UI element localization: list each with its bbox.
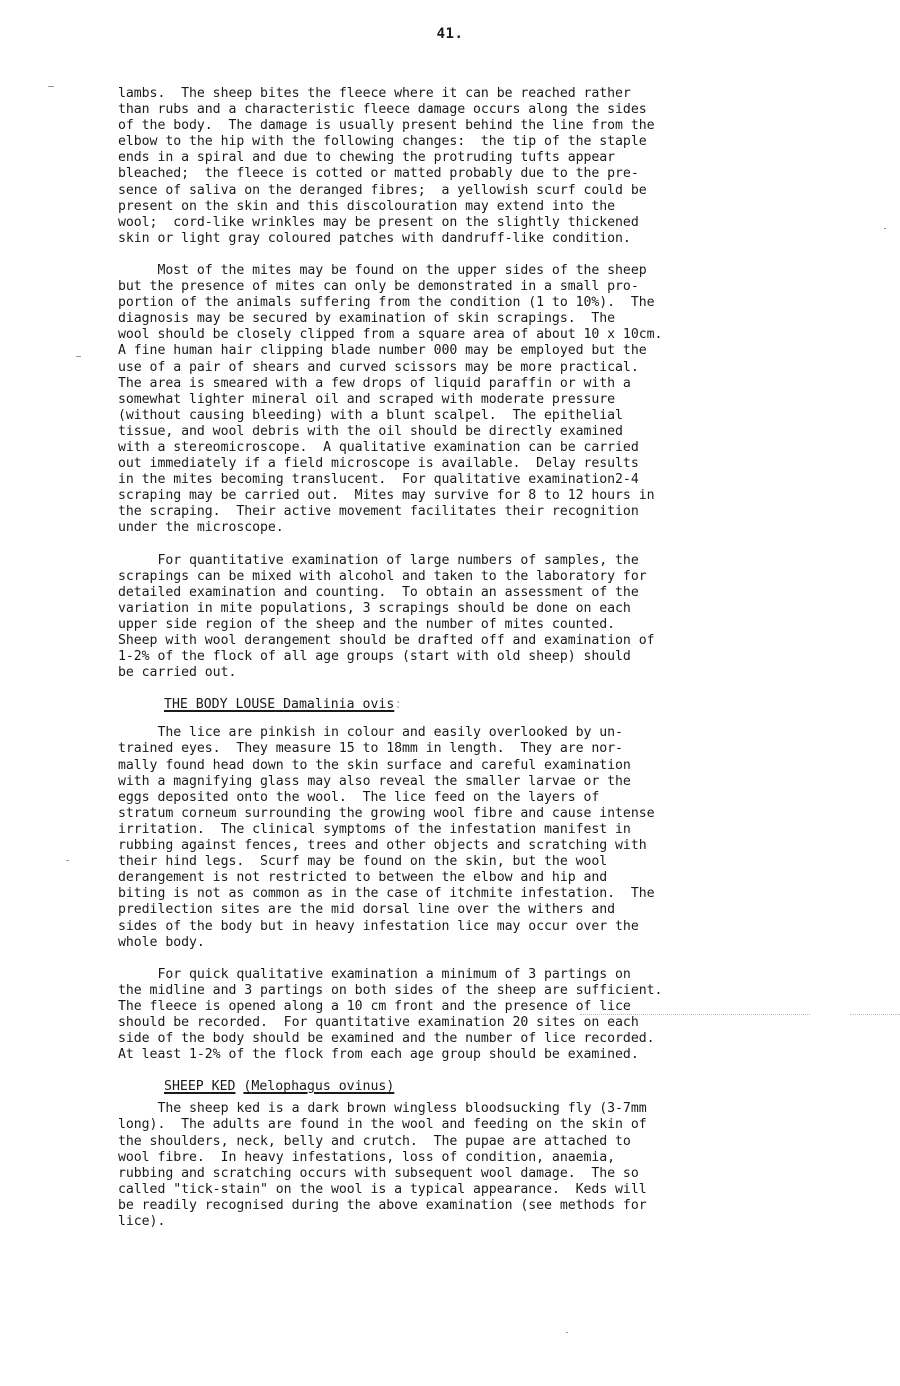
scan-speck: [48, 86, 54, 87]
scan-artefact-rule: [850, 1014, 900, 1015]
heading-sheep-ked: SHEEP KED (Melophagus ovinus): [118, 1079, 808, 1095]
heading-body-louse-suffix: :: [394, 697, 402, 712]
heading-body-louse-title: THE BODY LOUSE: [164, 697, 275, 712]
scan-speck: [884, 228, 886, 229]
paragraph-fleece-damage: lambs. The sheep bites the fleece where …: [118, 86, 808, 247]
paragraph-quantitative-mites: For quantitative examination of large nu…: [118, 553, 808, 682]
paragraph-sheep-ked: The sheep ked is a dark brown wingless b…: [118, 1101, 808, 1230]
heading-body-louse-species: Damalinia ovis: [283, 697, 394, 712]
scan-speck: [76, 356, 81, 357]
heading-sheep-ked-title: SHEEP KED: [164, 1079, 235, 1094]
document-page: 41. lambs. The sheep bites the fleece wh…: [0, 0, 900, 1386]
page-number: 41.: [0, 26, 900, 42]
paragraph-lice-description: The lice are pinkish in colour and easil…: [118, 725, 808, 950]
heading-sheep-ked-species: Melophagus ovinus: [251, 1079, 386, 1094]
body-text: lambs. The sheep bites the fleece where …: [118, 86, 808, 1230]
paragraph-mite-diagnosis: Most of the mites may be found on the up…: [118, 263, 808, 537]
scan-speck: [66, 860, 69, 861]
scan-artefact-rule: [580, 1014, 810, 1015]
heading-sheep-ked-species-close: ): [386, 1079, 394, 1094]
heading-body-louse: THE BODY LOUSE Damalinia ovis:: [118, 697, 808, 713]
scan-speck: [566, 1332, 568, 1333]
